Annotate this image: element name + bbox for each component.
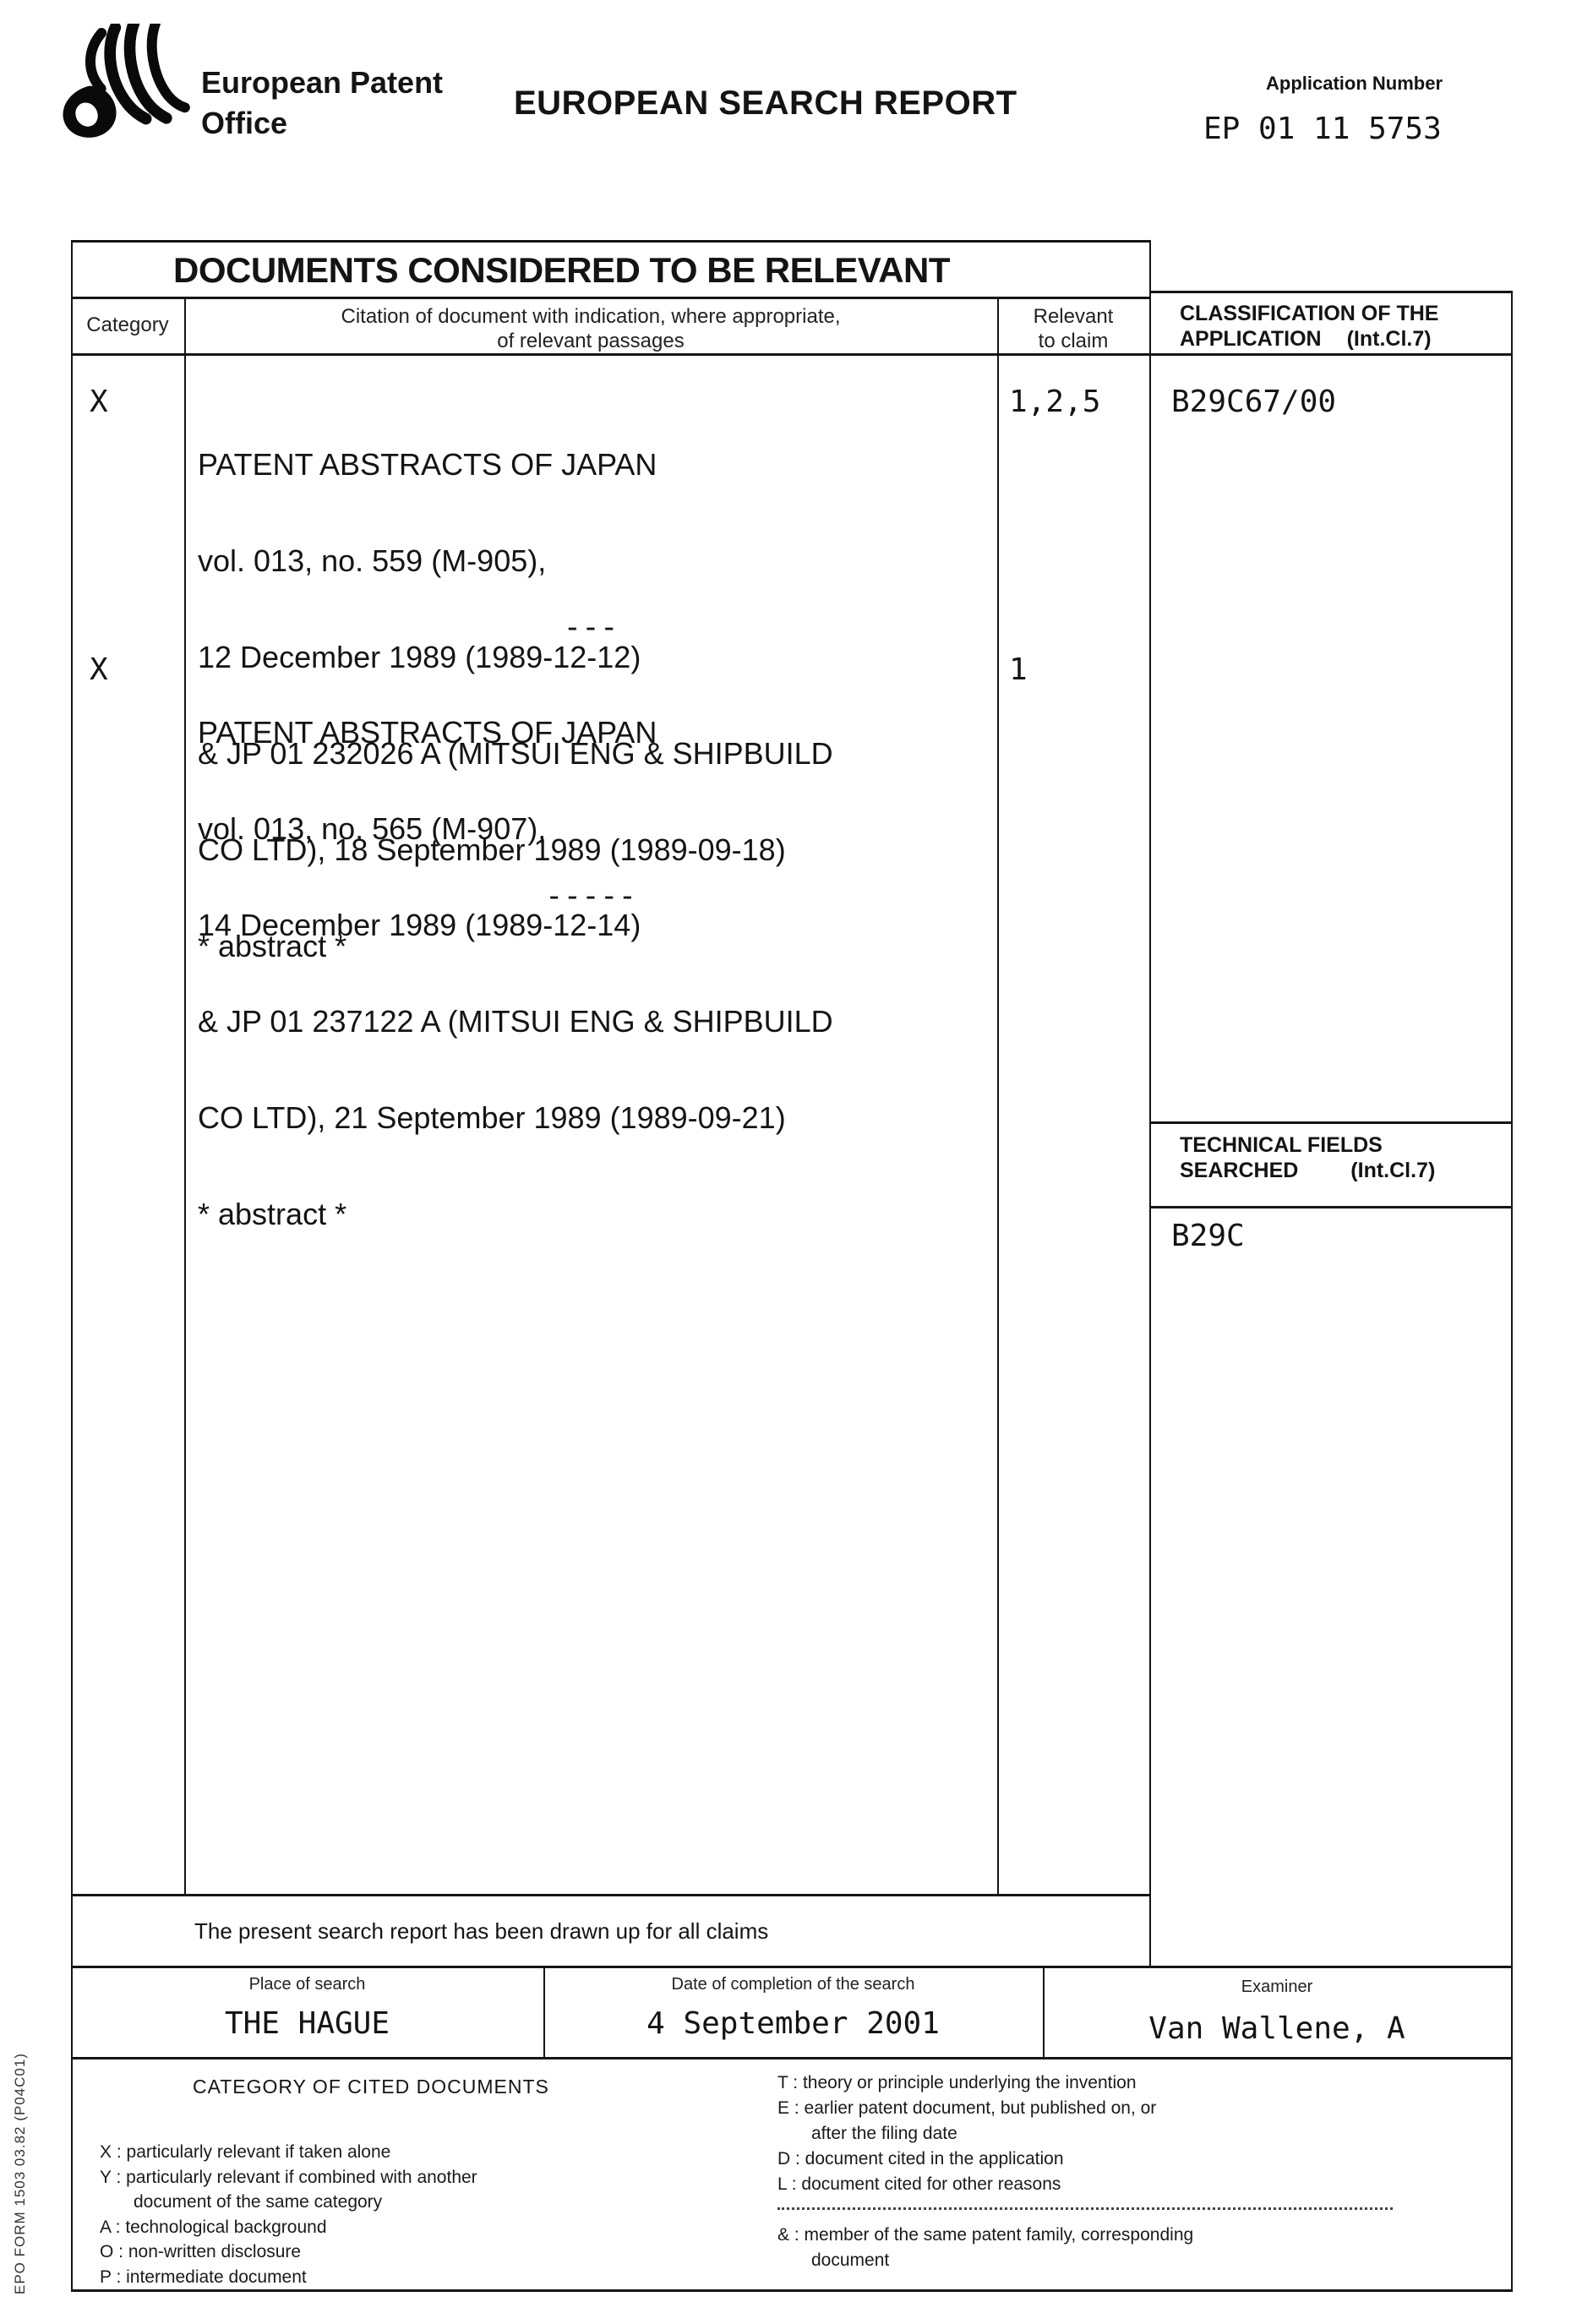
legend-item-o: O : non-written disclosure — [100, 2239, 477, 2265]
grid-line — [1149, 291, 1513, 293]
form-id-vertical-text: EPO FORM 1503 03.82 (P04C01) — [12, 1914, 29, 2294]
legend-item-d: D : document cited in the application — [777, 2147, 1156, 2172]
citation-line: & JP 01 237122 A (MITSUI ENG & SHIPBUILD — [198, 1006, 833, 1038]
legend-divider-dotted-line — [777, 2207, 1393, 2210]
grid-line — [997, 297, 999, 1894]
place-of-search-label: Place of search — [71, 1975, 543, 1994]
application-number-label: Application Number — [1266, 73, 1443, 95]
technical-fields-line1: TECHNICAL FIELDS — [1180, 1132, 1435, 1158]
legend-item-e-cont: after the filing date — [777, 2121, 1156, 2147]
classification-value: B29C67/00 — [1171, 385, 1336, 419]
technical-fields-value: B29C — [1171, 1219, 1245, 1253]
column-header-category: Category — [71, 313, 184, 337]
search-report-page: European Patent Office EUROPEAN SEARCH R… — [0, 0, 1582, 2324]
legend-item-y: Y : particularly relevant if combined wi… — [100, 2165, 477, 2190]
table-title: DOCUMENTS CONSIDERED TO BE RELEVANT — [173, 250, 950, 291]
column-header-relevant: Relevant to claim — [997, 304, 1149, 353]
citation-line: vol. 013, no. 565 (M-907), — [198, 813, 833, 845]
grid-line — [1149, 1206, 1513, 1208]
citation-header-line2: of relevant passages — [184, 329, 997, 353]
legend-right-column: T : theory or principle underlying the i… — [777, 2070, 1156, 2197]
date-of-completion-label: Date of completion of the search — [543, 1975, 1043, 1994]
entry-1-category: X — [90, 385, 108, 419]
grid-line — [1149, 240, 1151, 1966]
technical-fields-line2: SEARCHED(Int.Cl.7) — [1180, 1158, 1435, 1183]
column-header-classification: CLASSIFICATION OF THE APPLICATION(Int.Cl… — [1180, 301, 1438, 352]
relevant-header-line2: to claim — [997, 329, 1149, 353]
legend-left-column: X : particularly relevant if taken alone… — [100, 2140, 477, 2289]
legend-item-p: P : intermediate document — [100, 2265, 477, 2290]
grid-line — [71, 1894, 1151, 1896]
legend-item-amp: & : member of the same patent family, co… — [777, 2223, 1193, 2248]
legend-title: CATEGORY OF CITED DOCUMENTS — [193, 2076, 549, 2098]
grid-line — [71, 1966, 1513, 1968]
relevant-header-line1: Relevant — [997, 304, 1149, 329]
legend-item-y-cont: document of the same category — [100, 2190, 477, 2215]
legend-item-amp-cont: document — [777, 2248, 1193, 2273]
technical-fields-intcl: (Int.Cl.7) — [1350, 1159, 1435, 1182]
report-title: EUROPEAN SEARCH REPORT — [514, 85, 1017, 123]
column-header-citation: Citation of document with indication, wh… — [184, 304, 997, 353]
org-name-line1: European Patent — [201, 63, 443, 103]
grid-line — [71, 2289, 1513, 2292]
entry-2-citation: PATENT ABSTRACTS OF JAPAN vol. 013, no. … — [198, 652, 833, 1295]
examiner-value: Van Wallene, A — [1043, 2011, 1511, 2046]
application-number-value: EP 01 11 5753 — [1203, 112, 1442, 146]
legend-right-column-bottom: & : member of the same patent family, co… — [777, 2223, 1193, 2273]
citation-line: * abstract * — [198, 1198, 833, 1230]
examiner-label: Examiner — [1043, 1978, 1511, 1997]
grid-line — [71, 353, 1513, 356]
classification-header-line2: APPLICATION(Int.Cl.7) — [1180, 326, 1438, 352]
legend-item-l: L : document cited for other reasons — [777, 2172, 1156, 2197]
grid-line — [71, 297, 1151, 299]
date-of-completion-value: 4 September 2001 — [543, 2006, 1043, 2041]
grid-line — [1149, 1121, 1513, 1124]
legend-item-a: A : technological background — [100, 2215, 477, 2240]
claims-note: The present search report has been drawn… — [194, 1918, 768, 1945]
epo-org-name: European Patent Office — [201, 63, 443, 144]
citation-line: 14 December 1989 (1989-12-14) — [198, 909, 833, 941]
technical-fields-word: SEARCHED — [1180, 1159, 1298, 1182]
technical-fields-header: TECHNICAL FIELDS SEARCHED(Int.Cl.7) — [1180, 1132, 1435, 1183]
citation-line: PATENT ABSTRACTS OF JAPAN — [198, 717, 833, 749]
legend-item-e: E : earlier patent document, but publish… — [777, 2096, 1156, 2121]
entry-1-relevant-claims: 1,2,5 — [1009, 385, 1100, 419]
classification-header-intcl: (Int.Cl.7) — [1347, 327, 1432, 351]
entry-2-category: X — [90, 652, 108, 687]
legend-item-t: T : theory or principle underlying the i… — [777, 2070, 1156, 2096]
citation-header-line1: Citation of document with indication, wh… — [184, 304, 997, 329]
citation-line: PATENT ABSTRACTS OF JAPAN — [198, 449, 833, 481]
place-of-search-value: THE HAGUE — [71, 2006, 543, 2041]
grid-line — [71, 2057, 1513, 2059]
org-name-line2: Office — [201, 103, 443, 144]
legend-item-x: X : particularly relevant if taken alone — [100, 2140, 477, 2165]
grid-line — [71, 240, 1151, 243]
grid-line — [184, 297, 186, 1894]
epo-logo — [44, 24, 192, 146]
entry-separator: --- — [184, 610, 997, 645]
classification-header-line1: CLASSIFICATION OF THE — [1180, 301, 1438, 326]
grid-line — [1511, 291, 1513, 2292]
entry-2-relevant-claims: 1 — [1009, 652, 1028, 687]
citation-line: vol. 013, no. 559 (M-905), — [198, 545, 833, 577]
entry-separator: ----- — [184, 879, 997, 914]
classification-header-word: APPLICATION — [1180, 327, 1322, 351]
citation-line: CO LTD), 21 September 1989 (1989-09-21) — [198, 1102, 833, 1134]
